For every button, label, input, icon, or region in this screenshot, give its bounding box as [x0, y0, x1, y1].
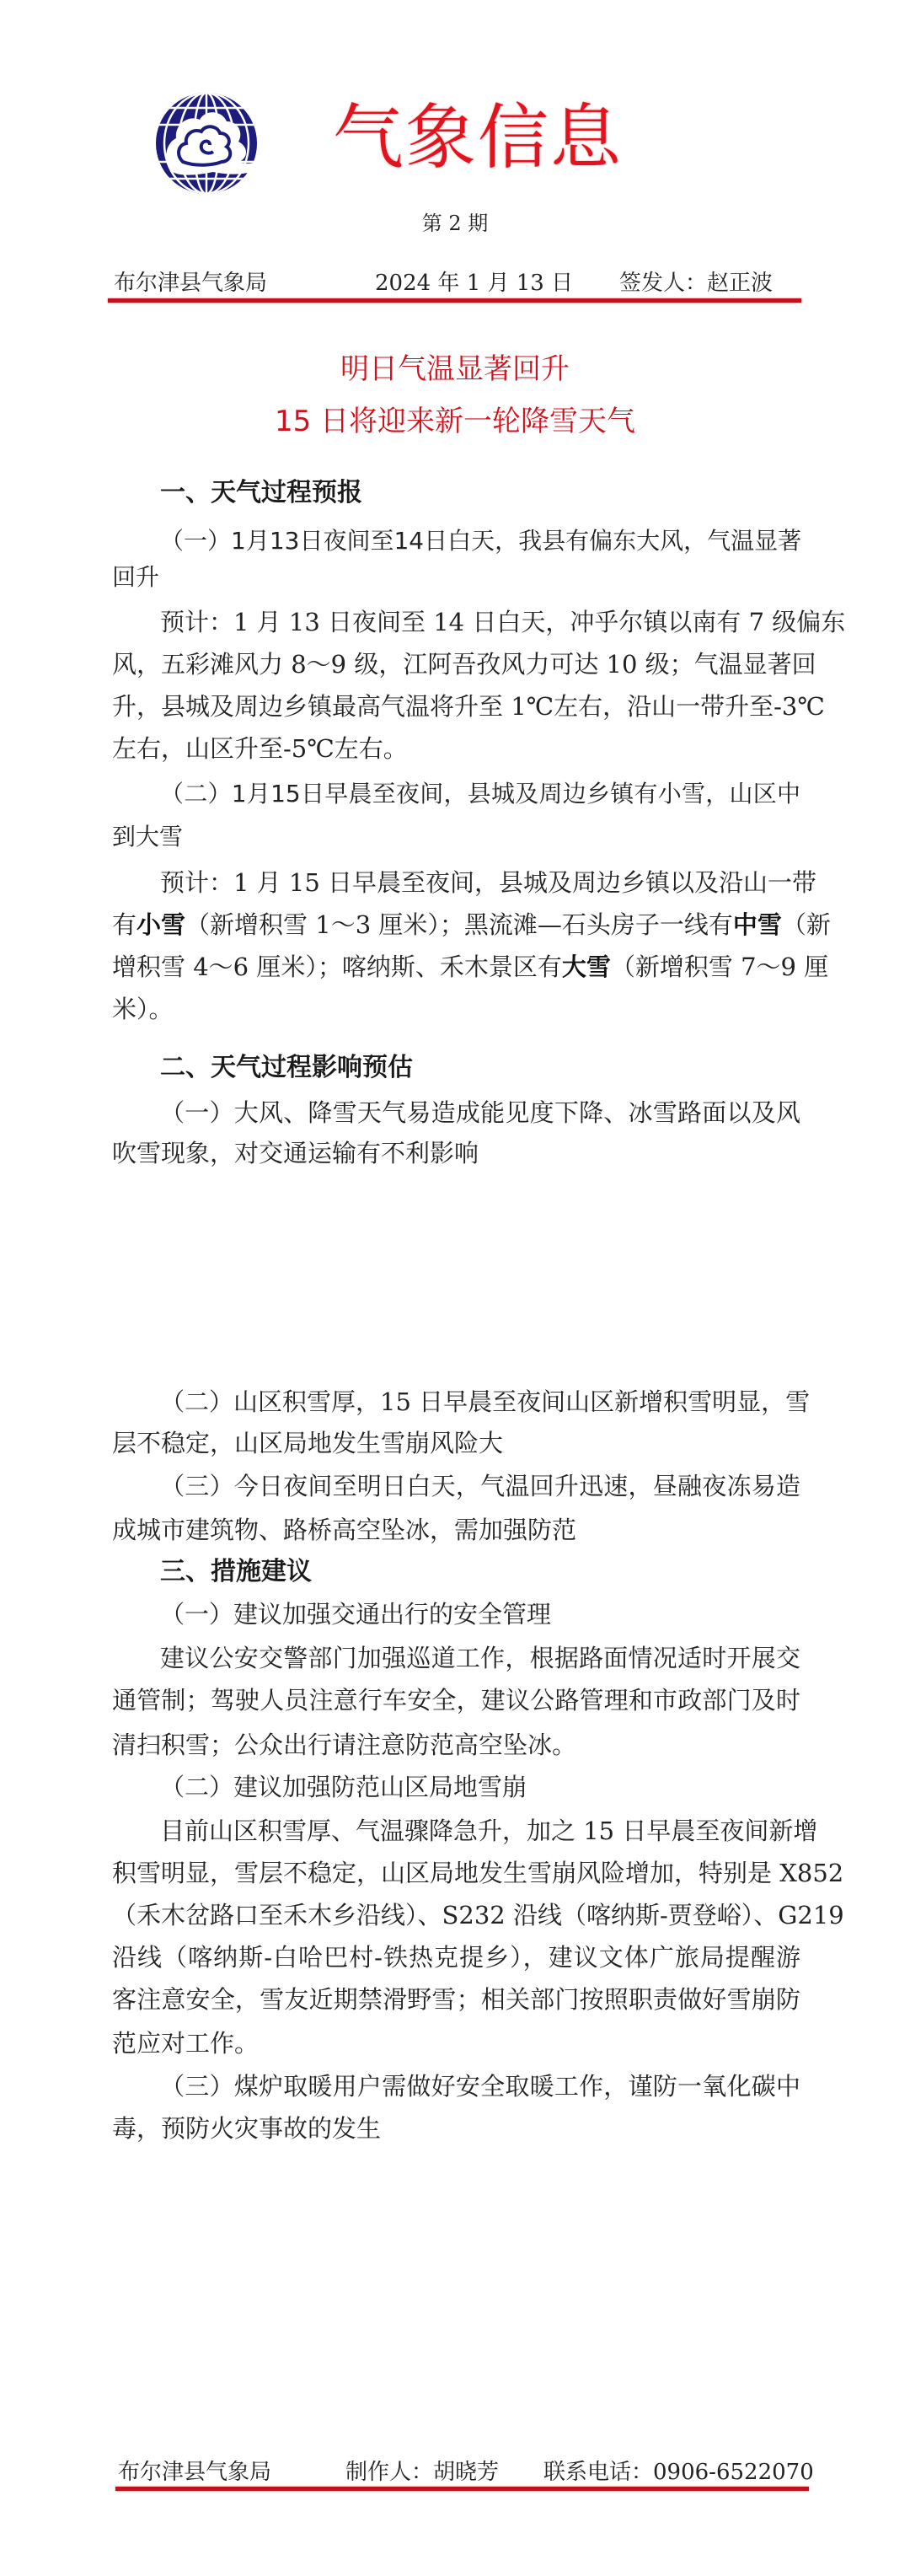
- measure-item-2-body: 积雪明显，雪层不稳定，山区局地发生雪崩风险增加，特别是 X852: [112, 1852, 800, 1894]
- impact-item-3-cont: 成城市建筑物、路桥高空坠冰，需加强防范: [112, 1509, 800, 1551]
- snow-level-light: 小雪: [136, 910, 185, 939]
- measure-item-2-body: （禾木岔路口至禾木乡沿线）、S232 沿线（喀纳斯-贾登峪）、G219: [112, 1894, 800, 1936]
- measure-item-2-body: 目前山区积雪厚、气温骤降急升，加之 15 日早晨至夜间新增: [160, 1810, 800, 1852]
- masthead-meta-row: 布尔津县气象局 2024 年 1 月 13 日 签发人：赵正波: [114, 268, 805, 298]
- footer-meta-row: 布尔津县气象局 制作人：胡晓芳 联系电话：0906-6522070: [118, 2457, 809, 2487]
- header-red-rule: [108, 298, 801, 303]
- forecast-item-1-body: 左右，山区升至-5℃左右。: [112, 727, 800, 770]
- forecast-item-1-title-cont: 回升: [112, 556, 800, 598]
- forecast-item-2-title: （二）1月15日早晨至夜间，县城及周边乡镇有小雪，山区中: [160, 773, 800, 815]
- measure-item-3-cont: 毒，预防火灾事故的发生: [112, 2107, 800, 2149]
- forecast-item-1-body: 预计：1 月 13 日夜间至 14 日白天，冲乎尔镇以南有 7 级偏东: [160, 601, 800, 643]
- measure-item-2-title: （二）建议加强防范山区局地雪崩: [160, 1766, 800, 1808]
- snow-level-moderate: 中雪: [733, 910, 782, 939]
- impact-item-2: （二）山区积雪厚，15 日早晨至夜间山区新增积雪明显，雪: [160, 1381, 800, 1423]
- masthead-title: 气象信息: [333, 91, 636, 184]
- section-heading-measures: 三、措施建议: [160, 1551, 800, 1593]
- snow-level-heavy: 大雪: [562, 953, 611, 981]
- footer-author: 制作人：胡晓芳: [345, 2457, 499, 2487]
- meteorological-logo: [154, 91, 259, 196]
- measure-item-1-body: 通管制；驾驶人员注意行车安全，建议公路管理和市政部门及时: [112, 1679, 800, 1721]
- measure-item-2-body: 沿线（喀纳斯-白哈巴村-铁热克提乡），建议文体广旅局提醒游: [112, 1936, 800, 1978]
- issue-date: 2024 年 1 月 13 日: [375, 268, 573, 298]
- agency-name: 布尔津县气象局: [114, 268, 267, 298]
- impact-item-1-cont: 吹雪现象，对交通运输有不利影响: [112, 1132, 800, 1174]
- section-heading-impact: 二、天气过程影响预估: [160, 1047, 800, 1089]
- impact-item-1: （一）大风、降雪天气易造成能见度下降、冰雪路面以及风: [160, 1092, 800, 1134]
- forecast-item-2-body: 有小雪（新增积雪 1～3 厘米）；黑流滩—石头房子一线有中雪（新: [112, 904, 800, 946]
- forecast-item-2-body: 预计：1 月 15 日早晨至夜间，县城及周边乡镇以及沿山一带: [160, 861, 800, 904]
- headline-line-1: 明日气温显著回升: [0, 351, 910, 388]
- headline-line-2: 15 日将迎来新一轮降雪天气: [0, 403, 910, 440]
- section-heading-forecast: 一、天气过程预报: [160, 472, 800, 514]
- impact-item-3: （三）今日夜间至明日白天，气温回升迅速，昼融夜冻易造: [160, 1465, 800, 1507]
- forecast-item-2-title-cont: 到大雪: [112, 816, 800, 858]
- globe-cloud-icon: [154, 91, 259, 196]
- issuer: 签发人：赵正波: [619, 268, 773, 298]
- issue-number: 第 2 期: [0, 211, 910, 236]
- measure-item-2-body: 客注意安全，雪友近期禁滑野雪；相关部门按照职责做好雪崩防: [112, 1978, 800, 2021]
- forecast-item-1-body: 风，五彩滩风力 8～9 级，江阿吾孜风力可达 10 级；气温显著回: [112, 643, 800, 685]
- measure-item-1-body: 建议公安交警部门加强巡道工作，根据路面情况适时开展交: [160, 1637, 800, 1679]
- forecast-item-2-body: 增积雪 4～6 厘米）；喀纳斯、禾木景区有大雪（新增积雪 7～9 厘: [112, 946, 800, 988]
- forecast-item-1-body: 升，县城及周边乡镇最高气温将升至 1℃左右，沿山一带升至-3℃: [112, 685, 800, 727]
- measure-item-2-body: 范应对工作。: [112, 2022, 800, 2064]
- footer-phone: 联系电话：0906-6522070: [543, 2457, 814, 2487]
- impact-item-2-cont: 层不稳定，山区局地发生雪崩风险大: [112, 1422, 800, 1464]
- measure-item-3: （三）煤炉取暖用户需做好安全取暖工作，谨防一氧化碳中: [160, 2065, 800, 2107]
- measure-item-1-body: 清扫积雪；公众出行请注意防范高空坠冰。: [112, 1724, 800, 1766]
- footer-red-rule: [115, 2487, 809, 2491]
- footer-agency: 布尔津县气象局: [118, 2457, 271, 2487]
- measure-item-1-title: （一）建议加强交通出行的安全管理: [160, 1593, 800, 1635]
- forecast-item-2-body: 米）。: [112, 988, 800, 1030]
